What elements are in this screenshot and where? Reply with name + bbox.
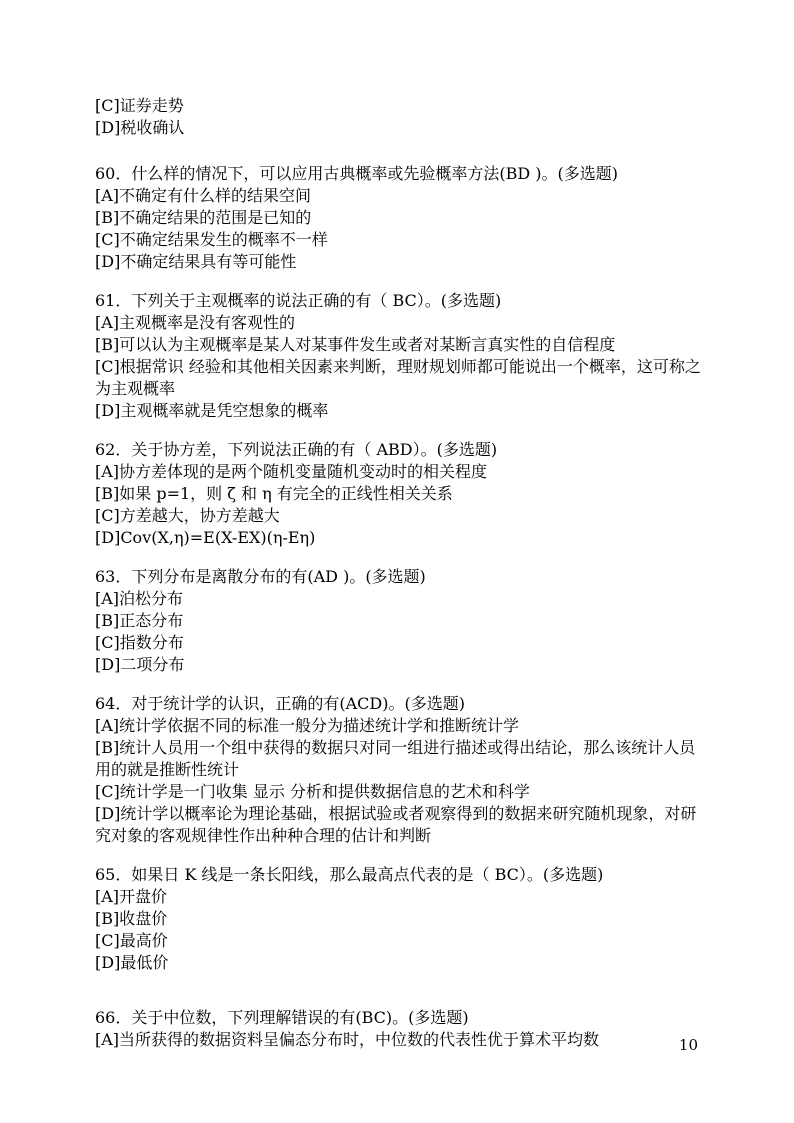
question-63-option-a: [A]泊松分布 <box>95 588 711 610</box>
question-65-option-b: [B]收盘价 <box>95 908 711 930</box>
question-65-option-c: [C]最高价 <box>95 930 711 952</box>
question-62-option-b: [B]如果 p=1，则 ζ 和 η 有完全的正线性相关关系 <box>95 483 711 505</box>
question-66: 66．关于中位数，下列理解错误的有(BC)。(多选题) [A]当所获得的数据资料… <box>95 1007 711 1051</box>
question-60: 60．什么样的情况下，可以应用古典概率或先验概率方法(BD )。(多选题) [A… <box>95 163 711 273</box>
question-66-title: 66．关于中位数，下列理解错误的有(BC)。(多选题) <box>95 1007 711 1029</box>
question-62-title: 62．关于协方差，下列说法正确的有（ ABD）。(多选题) <box>95 439 711 461</box>
question-64: 64．对于统计学的认识，正确的有(ACD)。(多选题) [A]统计学依据不同的标… <box>95 693 711 847</box>
document-page: [C]证券走势 [D]税收确认 60．什么样的情况下，可以应用古典概率或先验概率… <box>0 0 794 1123</box>
question-61: 61．下列关于主观概率的说法正确的有（ BC）。(多选题) [A]主观概率是没有… <box>95 290 711 422</box>
question-62: 62．关于协方差，下列说法正确的有（ ABD）。(多选题) [A]协方差体现的是… <box>95 439 711 549</box>
question-60-option-a: [A]不确定有什么样的结果空间 <box>95 185 711 207</box>
question-65-option-a: [A]开盘价 <box>95 886 711 908</box>
question-62-option-a: [A]协方差体现的是两个随机变量随机变动时的相关程度 <box>95 461 711 483</box>
question-63: 63．下列分布是离散分布的有(AD )。(多选题) [A]泊松分布 [B]正态分… <box>95 566 711 676</box>
question-60-option-c: [C]不确定结果发生的概率不一样 <box>95 229 711 251</box>
question-60-option-b: [B]不确定结果的范围是已知的 <box>95 207 711 229</box>
question-60-option-d: [D]不确定结果具有等可能性 <box>95 251 711 273</box>
question-62-option-d: [D]Cov(X,η)=E(X-EX)(η-Eη) <box>95 527 711 549</box>
question-61-option-b: [B]可以认为主观概率是某人对某事件发生或者对某断言真实性的自信程度 <box>95 334 711 356</box>
question-64-option-d: [D]统计学以概率论为理论基础，根据试验或者观察得到的数据来研究随机现象，对研究… <box>95 803 711 847</box>
carryover-option-d: [D]税收确认 <box>95 117 711 139</box>
question-64-title: 64．对于统计学的认识，正确的有(ACD)。(多选题) <box>95 693 711 715</box>
question-64-option-b: [B]统计人员用一个组中获得的数据只对同一组进行描述或得出结论，那么该统计人员用… <box>95 737 711 781</box>
question-61-title: 61．下列关于主观概率的说法正确的有（ BC）。(多选题) <box>95 290 711 312</box>
question-63-option-b: [B]正态分布 <box>95 610 711 632</box>
question-65-title: 65．如果日 K 线是一条长阳线，那么最高点代表的是（ BC）。(多选题) <box>95 864 711 886</box>
question-60-title: 60．什么样的情况下，可以应用古典概率或先验概率方法(BD )。(多选题) <box>95 163 711 185</box>
question-65-option-d: [D]最低价 <box>95 952 711 974</box>
question-63-option-c: [C]指数分布 <box>95 632 711 654</box>
question-62-option-c: [C]方差越大，协方差越大 <box>95 505 711 527</box>
question-61-option-d: [D]主观概率就是凭空想象的概率 <box>95 400 711 422</box>
question-64-option-a: [A]统计学依据不同的标准一般分为描述统计学和推断统计学 <box>95 715 711 737</box>
question-65: 65．如果日 K 线是一条长阳线，那么最高点代表的是（ BC）。(多选题) [A… <box>95 864 711 974</box>
question-61-option-a: [A]主观概率是没有客观性的 <box>95 312 711 334</box>
question-64-option-c: [C]统计学是一门收集 显示 分析和提供数据信息的艺术和科学 <box>95 781 711 803</box>
document-body: [C]证券走势 [D]税收确认 60．什么样的情况下，可以应用古典概率或先验概率… <box>95 95 711 1051</box>
question-63-option-d: [D]二项分布 <box>95 654 711 676</box>
carryover-option-c: [C]证券走势 <box>95 95 711 117</box>
question-66-option-a: [A]当所获得的数据资料呈偏态分布时，中位数的代表性优于算术平均数 <box>95 1029 711 1051</box>
question-61-option-c: [C]根据常识 经验和其他相关因素来判断，理财规划师都可能说出一个概率，这可称之… <box>95 356 711 400</box>
question-63-title: 63．下列分布是离散分布的有(AD )。(多选题) <box>95 566 711 588</box>
page-number: 10 <box>679 1036 698 1054</box>
carryover-options-block: [C]证券走势 [D]税收确认 <box>95 95 711 139</box>
